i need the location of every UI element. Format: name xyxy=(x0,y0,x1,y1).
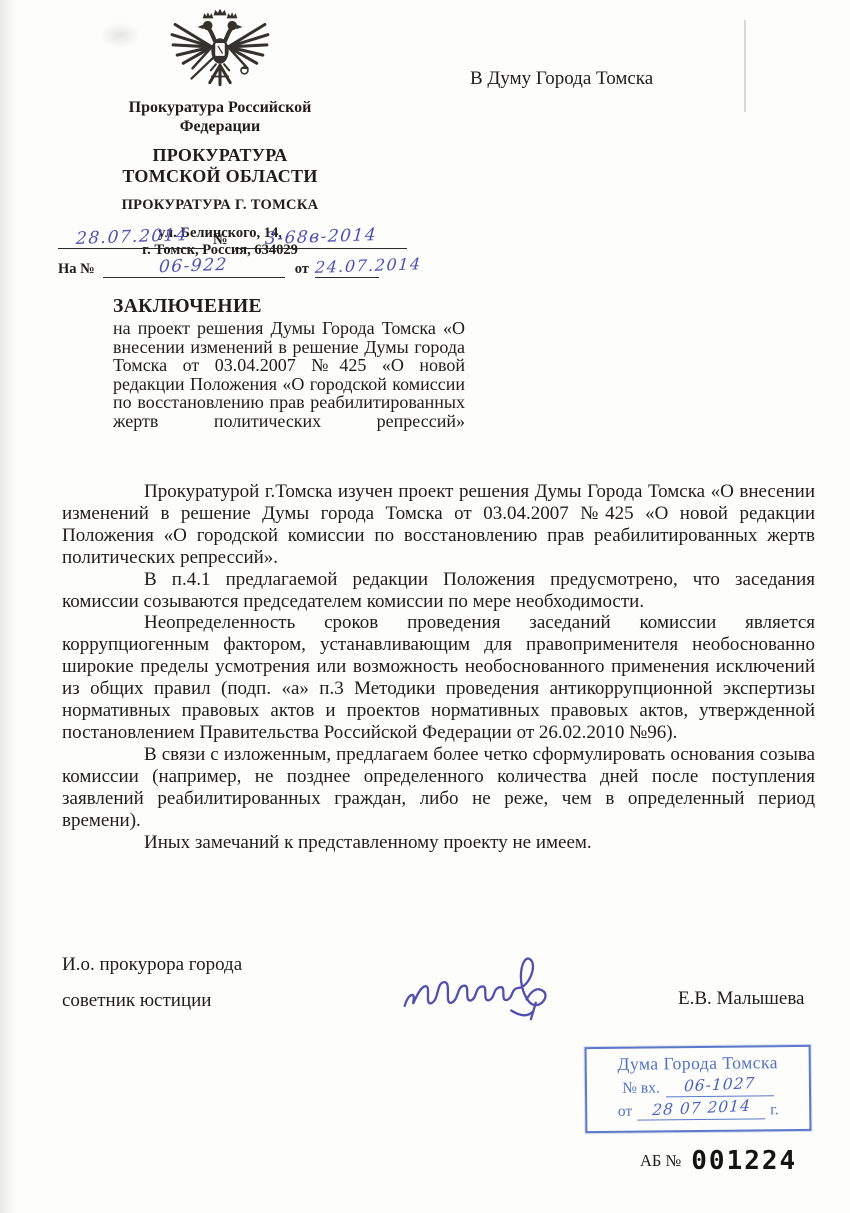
conclusion-heading: ЗАКЛЮЧЕНИЕ на проект решения Думы Города… xyxy=(113,296,465,449)
org-oblast-title: ПРОКУРАТУРА ТОМСКОЙ ОБЛАСТИ xyxy=(55,145,385,187)
stamp-date-line: 28 07 2014 xyxy=(637,1099,765,1120)
stamp-date-handwritten: 28 07 2014 xyxy=(651,1097,751,1120)
document-body: Прокуратурой г.Томска изучен проект реше… xyxy=(62,481,815,853)
stamp-org-name: Дума Города Томска xyxy=(587,1052,809,1075)
scan-line-artifact xyxy=(744,20,746,112)
recipient-address: В Думу Города Томска xyxy=(470,68,653,90)
stamp-incoming-line: 06-1027 xyxy=(666,1076,774,1097)
signer-role-line1: И.о. прокурора города xyxy=(62,954,242,976)
stamp-date-suffix: г. xyxy=(770,1101,779,1119)
from-label: от xyxy=(295,261,309,278)
serial-number: 001224 xyxy=(691,1146,797,1176)
body-paragraph: Неопределенность сроков проведения засед… xyxy=(62,612,815,743)
russian-coat-of-arms-icon xyxy=(167,8,273,94)
outgoing-date-handwritten: 28.07.2014 xyxy=(75,225,189,249)
outgoing-number-line: 3-68в-2014 xyxy=(235,228,407,249)
body-paragraph: Иных замечаний к представленному проекту… xyxy=(62,832,815,854)
incoming-number-line: 06-922 xyxy=(103,257,285,278)
document-subject: на проект решения Думы Города Томска «О … xyxy=(113,319,465,449)
number-sign-label: № xyxy=(213,232,228,249)
body-paragraph: В п.4.1 предлагаемой редакции Положения … xyxy=(62,569,815,613)
org-city-title: ПРОКУРАТУРА Г. ТОМСКА xyxy=(55,197,385,214)
body-paragraph: В связи с изложенным, предлагаем более ч… xyxy=(62,744,815,832)
serial-label: АБ № xyxy=(640,1151,681,1171)
incoming-registration-stamp: Дума Города Томска № вх. 06-1027 от 28 0… xyxy=(585,1045,812,1133)
incoming-date-line: 24.07.2014 xyxy=(315,257,379,278)
incoming-number-handwritten: 06-922 xyxy=(159,255,229,277)
signer-role-line2: советник юстиции xyxy=(62,990,242,1012)
form-serial: АБ № 001224 xyxy=(640,1146,797,1176)
stamp-date-label: от xyxy=(618,1103,633,1121)
reference-block: 28.07.2014 № 3-68в-2014 На № 06-922 от 2… xyxy=(58,228,438,278)
letterhead: Прокуратура Российской Федерации ПРОКУРА… xyxy=(55,8,385,259)
reply-to-label: На № xyxy=(58,261,95,278)
scanned-letter-page: Прокуратура Российской Федерации ПРОКУРА… xyxy=(0,0,850,1213)
stamp-date-row: от 28 07 2014 г. xyxy=(587,1099,809,1121)
incoming-ref-row: На № 06-922 от 24.07.2014 xyxy=(58,257,438,278)
outgoing-ref-row: 28.07.2014 № 3-68в-2014 xyxy=(58,228,438,249)
signer-role-block: И.о. прокурора города советник юстиции xyxy=(62,954,242,1012)
stamp-incoming-label: № вх. xyxy=(622,1079,660,1097)
body-paragraph: Прокуратурой г.Томска изучен проект реше… xyxy=(62,481,815,569)
stamp-incoming-row: № вх. 06-1027 xyxy=(587,1076,809,1098)
stamp-incoming-number-handwritten: 06-1027 xyxy=(684,1074,756,1095)
outgoing-number-handwritten: 3-68в-2014 xyxy=(264,225,377,249)
document-title: ЗАКЛЮЧЕНИЕ xyxy=(113,296,465,318)
incoming-date-handwritten: 24.07.2014 xyxy=(314,254,422,277)
signer-name: Е.В. Малышева xyxy=(678,988,805,1010)
handwritten-signature-icon xyxy=(392,948,587,1038)
scan-edge-shadow xyxy=(0,0,16,1213)
org-federation-title: Прокуратура Российской Федерации xyxy=(55,98,385,136)
outgoing-date-line: 28.07.2014 xyxy=(58,228,206,249)
